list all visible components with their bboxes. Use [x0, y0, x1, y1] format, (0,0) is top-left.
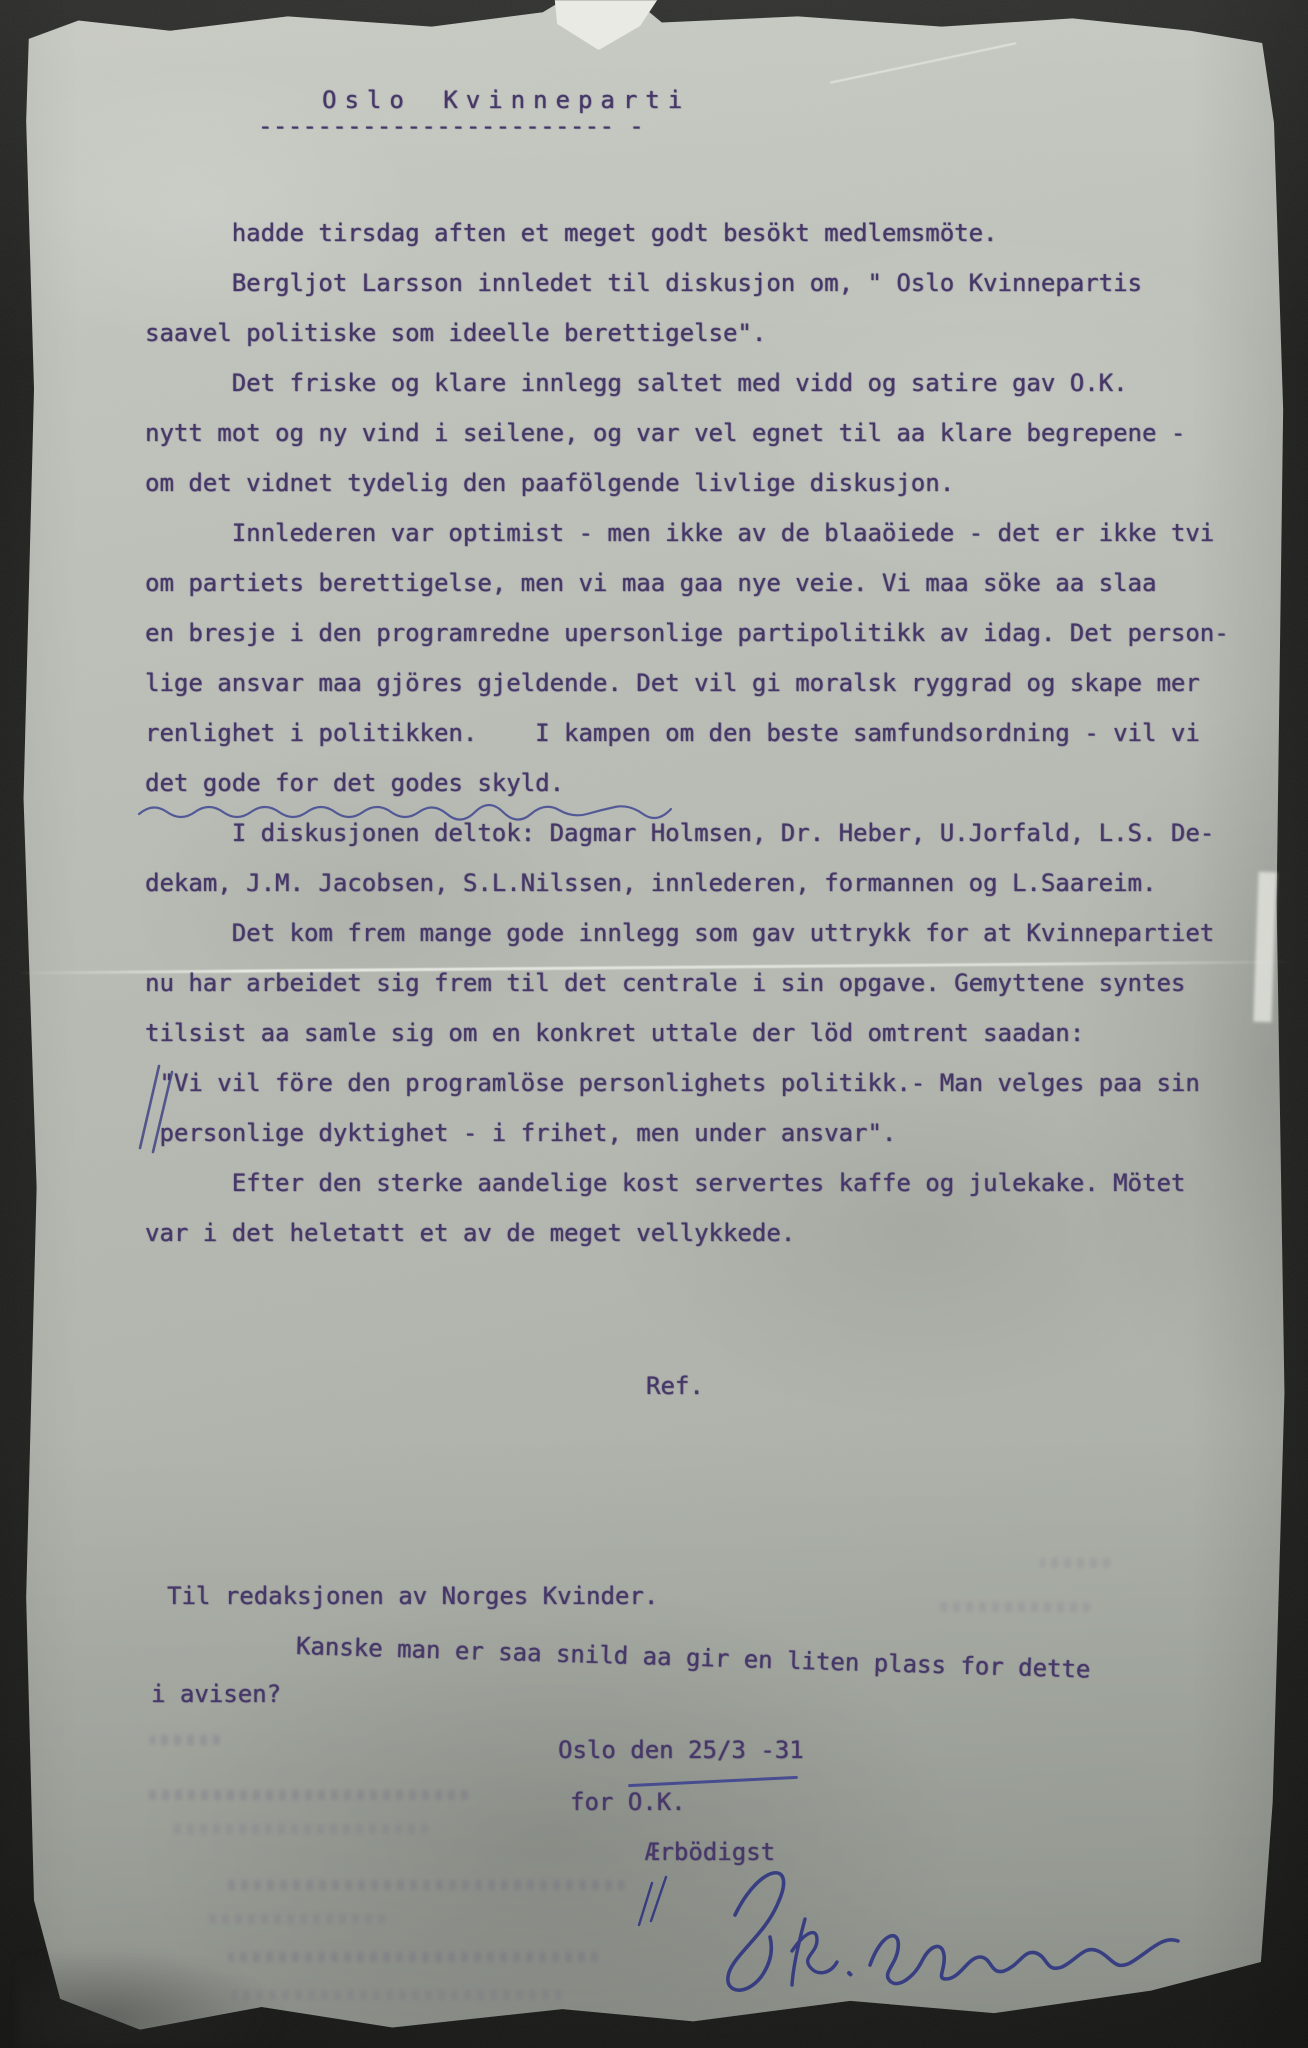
letter-body: hadde tirsdag aften et meget godt besökt…	[145, 208, 1265, 1258]
document-title: Oslo Kvinneparti	[322, 86, 690, 114]
handwritten-signature	[600, 1845, 1220, 2045]
bleed-through-smudge	[232, 1990, 562, 2000]
typed-line: Efter den sterke aandelige kost serverte…	[145, 1158, 1265, 1208]
bleed-through-smudge	[150, 1735, 220, 1745]
bleed-through-smudge	[228, 1952, 598, 1962]
bleed-through-smudge	[225, 1880, 625, 1890]
typed-line: tilsist aa samle sig om en konkret uttal…	[145, 1008, 1265, 1058]
pen-margin-marks	[130, 1060, 180, 1156]
bleed-through-smudge	[168, 1824, 428, 1834]
ref-label: Ref.	[646, 1372, 704, 1400]
typed-line: personlige dyktighet - i frihet, men und…	[145, 1108, 1265, 1158]
typed-line: Innlederen var optimist - men ikke av de…	[145, 508, 1265, 558]
pen-wavy-underline	[133, 798, 693, 826]
request-line-2: i avisen?	[151, 1680, 281, 1708]
typed-line: saavel politiske som ideelle berettigels…	[145, 308, 1265, 358]
typed-line: Bergljot Larsson innledet til diskusjon …	[145, 258, 1265, 308]
typed-line: "Vi vil före den programlöse personlighe…	[145, 1058, 1265, 1108]
typed-line: om partiets berettigelse, men vi maa gaa…	[145, 558, 1265, 608]
addressee-line: Til redaksjonen av Norges Kvinder.	[167, 1582, 658, 1610]
typed-line: nu har arbeidet sig frem til det central…	[145, 958, 1265, 1008]
date-line: Oslo den 25/3 -31	[558, 1736, 804, 1764]
typed-line: hadde tirsdag aften et meget godt besökt…	[145, 208, 1265, 258]
typed-line: Det friske og klare innlegg saltet med v…	[145, 358, 1265, 408]
typed-line: dekam, J.M. Jacobsen, S.L.Nilssen, innle…	[145, 858, 1265, 908]
typed-line: var i det heletatt et av de meget vellyk…	[145, 1208, 1265, 1258]
typed-line: Det kom frem mange gode innlegg som gav …	[145, 908, 1265, 958]
bleed-through-smudge	[205, 1914, 385, 1924]
typed-line: om det vidnet tydelig den paafölgende li…	[145, 458, 1265, 508]
typed-line: nytt mot og ny vind i seilene, og var ve…	[145, 408, 1265, 458]
title-underline: ------------------------ -	[258, 112, 644, 140]
bleed-through-smudge	[1040, 1558, 1110, 1568]
bleed-through-smudge	[148, 1790, 468, 1800]
bleed-through-smudge	[940, 1602, 1090, 1612]
typed-line: renlighet i politikken. I kampen om den …	[145, 708, 1265, 758]
for-line: for O.K.	[570, 1788, 686, 1816]
typed-line: lige ansvar maa gjöres gjeldende. Det vi…	[145, 658, 1265, 708]
typed-line: en bresje i den programredne upersonlige…	[145, 608, 1265, 658]
scanned-letter: Oslo Kvinneparti -----------------------…	[0, 0, 1308, 2048]
